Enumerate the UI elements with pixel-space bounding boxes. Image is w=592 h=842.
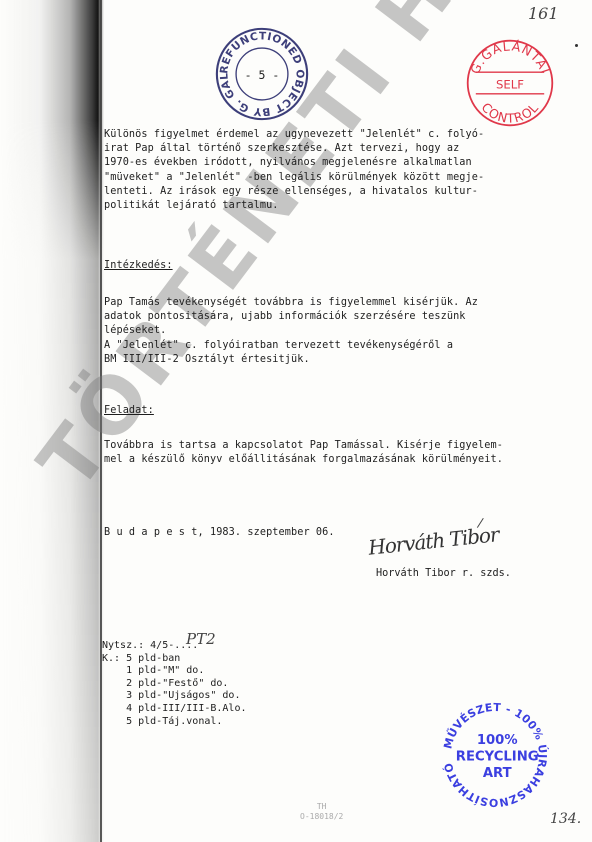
- date-line: B u d a p e s t, 1983. szeptember 06.: [104, 526, 335, 540]
- red-stamp-top-text: G.GALÁNTAI: [467, 38, 553, 76]
- signatory-name: Horváth Tibor r. szds.: [376, 568, 511, 579]
- heading-feladat: Feladat:: [104, 404, 154, 418]
- recycling-art-stamp: MŰVÉSZET - 100% ÚJRAHASZNOSÍTHATÓ 100% R…: [440, 700, 550, 810]
- distribution-items: 1 pld-"M" do. 2 pld-"Festő" do. 3 pld-"U…: [102, 665, 247, 726]
- recycling-stamp-line-3: ART: [483, 766, 512, 781]
- ink-dot: [575, 44, 578, 47]
- paragraph-intro: Különös figyelmet érdemel az ugynevezett…: [104, 128, 484, 213]
- self-control-stamp: G.GALÁNTAI SELF CONTROL: [465, 38, 555, 128]
- page-marker: - 5 -: [245, 68, 280, 82]
- handwritten-page-number: 161: [528, 4, 559, 23]
- distribution-reference: Nytsz.: 4/5-....: [102, 640, 198, 651]
- refunctioned-object-stamp: REFUNCTIONED OBJECT BY G. GALÁNTAI - 5 -: [214, 26, 310, 122]
- archive-id: TH O-18018/2: [300, 802, 343, 822]
- distribution-list: Nytsz.: 4/5-.... K.: 5 pld-ban 1 pld-"M"…: [102, 640, 247, 728]
- paragraph-intezkedes: Pap Tamás tevékenységét továbbra is figy…: [104, 296, 478, 367]
- paragraph-feladat: Továbbra is tartsa a kapcsolatot Pap Tam…: [104, 439, 503, 467]
- recycling-stamp-line-2: RECYCLING: [456, 750, 539, 765]
- red-stamp-bottom-text: CONTROL: [478, 100, 541, 126]
- red-stamp-center-text: SELF: [496, 77, 524, 91]
- recycling-stamp-line-1: 100%: [477, 733, 518, 748]
- distribution-copies-label: K.: 5 pld-ban: [102, 653, 180, 664]
- heading-intezkedes: Intézkedés:: [104, 259, 173, 273]
- binding-shadow: [0, 0, 104, 842]
- svg-text:G.GALÁNTAI: G.GALÁNTAI: [467, 38, 553, 76]
- svg-text:CONTROL: CONTROL: [478, 100, 541, 126]
- handwritten-folio-number: 134.: [550, 811, 581, 827]
